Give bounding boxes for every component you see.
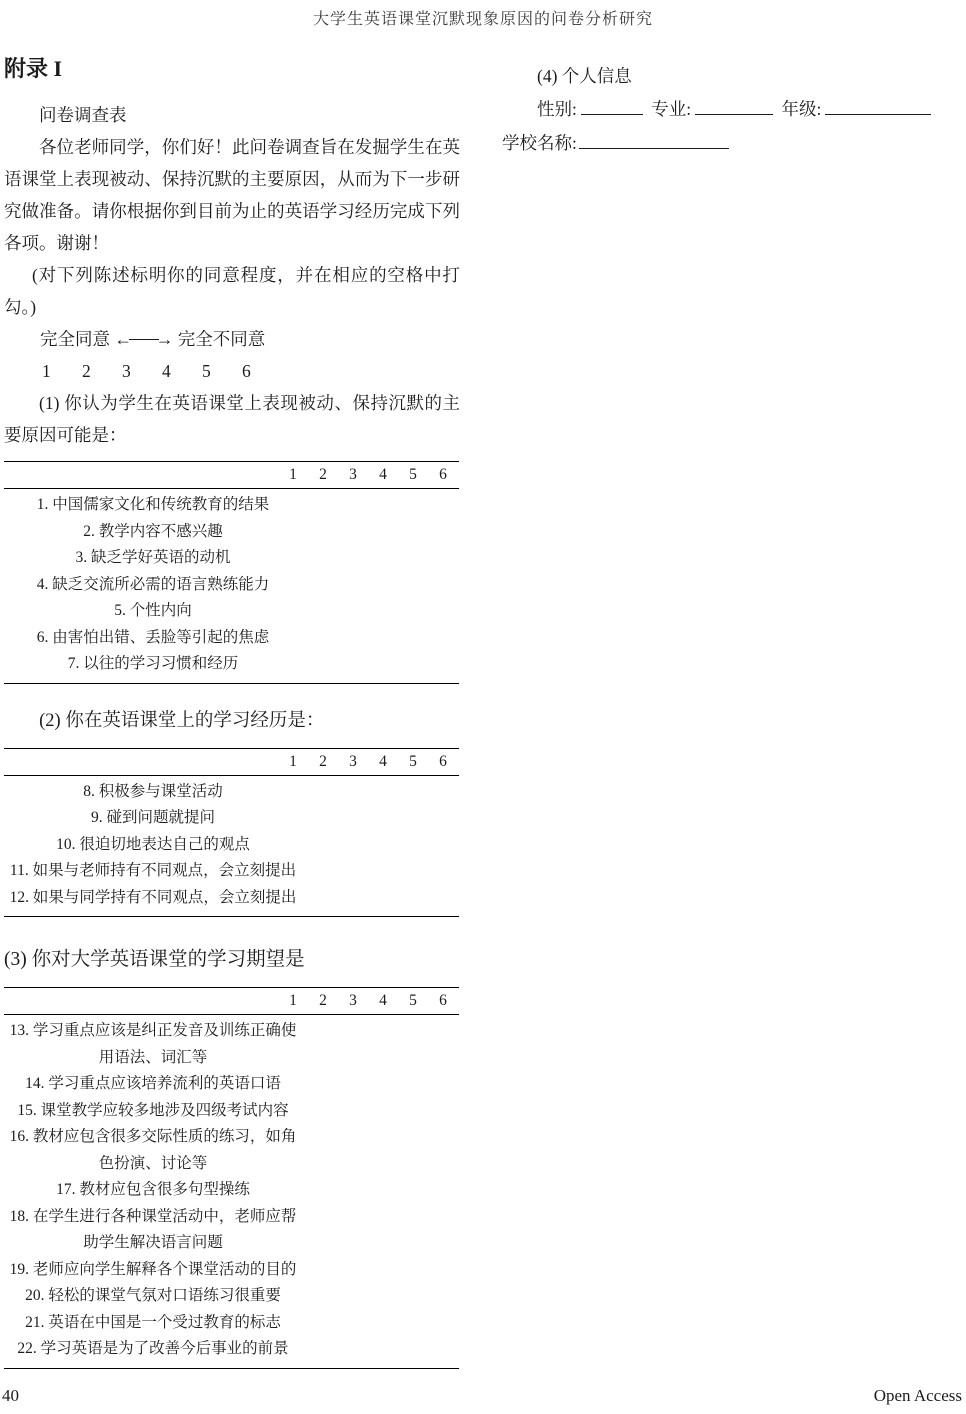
questionnaire-item: 12. 如果与同学持有不同观点，会立刻提出 [4, 885, 302, 912]
scale-number-1: 1 [42, 355, 82, 387]
column-header: 3 [338, 753, 368, 771]
grade-blank-field [825, 100, 931, 115]
two-column-layout: 附录 I 问卷调查表 各位老师同学，你们好！此问卷调查旨在发掘学生在英语课堂上表… [4, 50, 962, 1369]
questionnaire-item: 18. 在学生进行各种课堂活动中，老师应帮助学生解决语言问题 [4, 1204, 302, 1257]
gender-blank-field [581, 100, 643, 115]
column-header: 5 [398, 466, 428, 484]
section-2-heading: (2) 你在英语课堂上的学习经历是： [4, 706, 460, 736]
column-header: 1 [278, 992, 308, 1010]
table-body: 8. 积极参与课堂活动 9. 碰到问题就提问 10. 很迫切地表达自己的观点 1… [4, 776, 459, 917]
questionnaire-item: 5. 个性内向 [4, 598, 302, 625]
questionnaire-item: 7. 以往的学习习惯和经历 [4, 651, 302, 678]
running-head-title: 大学生英语课堂沉默现象原因的问卷分析研究 [0, 6, 966, 29]
questionnaire-item: 1. 中国儒家文化和传统教育的结果 [4, 492, 302, 519]
right-column: (4) 个人信息 性别: 专业: 年级: 学校名称: [488, 50, 960, 1369]
scale-number-3: 3 [122, 355, 162, 387]
agreement-table-1: 123456 1. 中国儒家文化和传统教育的结果 2. 教学内容不感兴趣 3. … [4, 461, 459, 684]
questionnaire-item: 16. 教材应包含很多交际性质的练习，如角色扮演、讨论等 [4, 1124, 302, 1177]
personal-info-line-1: 性别: 专业: 年级: [502, 92, 960, 126]
right-arrow-icon: → [156, 329, 174, 349]
column-header: 5 [398, 753, 428, 771]
questionnaire-subtitle: 问卷调查表 [4, 99, 460, 131]
school-name-label: 学校名称: [502, 133, 577, 153]
scale-agree-label: 完全同意 [40, 329, 110, 349]
questionnaire-item: 21. 英语在中国是一个受过教育的标志 [4, 1310, 302, 1337]
column-header: 3 [338, 992, 368, 1010]
major-blank-field [695, 100, 773, 115]
column-header: 5 [398, 992, 428, 1010]
scale-number-6: 6 [242, 355, 282, 387]
questionnaire-item: 4. 缺乏交流所必需的语言熟练能力 [4, 572, 302, 599]
questionnaire-item: 3. 缺乏学好英语的动机 [4, 545, 302, 572]
questionnaire-item: 9. 碰到问题就提问 [4, 805, 302, 832]
intro-paragraph: 各位老师同学，你们好！此问卷调查旨在发掘学生在英语课堂上表现被动、保持沉默的主要… [4, 131, 460, 259]
page-number: 40 [2, 1386, 19, 1406]
appendix-title: 附录 I [4, 52, 460, 83]
scale-header-row: 123456 [4, 749, 459, 776]
scale-number-5: 5 [202, 355, 242, 387]
section-3-heading: (3) 你对大学英语课堂的学习期望是 [4, 945, 460, 975]
questionnaire-item: 10. 很迫切地表达自己的观点 [4, 832, 302, 859]
column-header: 2 [308, 992, 338, 1010]
scale-header-row: 123456 [4, 462, 459, 489]
section-4-heading: (4) 个人信息 [502, 60, 960, 92]
questionnaire-item: 8. 积极参与课堂活动 [4, 779, 302, 806]
column-header: 3 [338, 466, 368, 484]
scale-number-2: 2 [82, 355, 122, 387]
questionnaire-item: 13. 学习重点应该是纠正发音及训练正确使用语法、词汇等 [4, 1018, 302, 1071]
column-header: 2 [308, 753, 338, 771]
questionnaire-item: 11. 如果与老师持有不同观点，会立刻提出 [4, 858, 302, 885]
scale-disagree-label: 完全不同意 [178, 329, 266, 349]
open-access-label: Open Access [874, 1386, 962, 1406]
left-column: 附录 I 问卷调查表 各位老师同学，你们好！此问卷调查旨在发掘学生在英语课堂上表… [4, 50, 460, 1369]
column-header: 6 [428, 466, 458, 484]
scale-number-4: 4 [162, 355, 202, 387]
column-header: 1 [278, 753, 308, 771]
questionnaire-item: 15. 课堂教学应较多地涉及四级考试内容 [4, 1098, 302, 1125]
column-header: 4 [368, 992, 398, 1010]
personal-info-line-2: 学校名称: [502, 126, 960, 160]
grade-label: 年级: [782, 99, 822, 119]
gender-label: 性别: [537, 99, 577, 119]
column-header: 4 [368, 753, 398, 771]
column-header: 2 [308, 466, 338, 484]
questionnaire-item: 22. 学习英语是为了改善今后事业的前景 [4, 1336, 302, 1363]
questionnaire-item: 14. 学习重点应该培养流利的英语口语 [4, 1071, 302, 1098]
column-header: 1 [278, 466, 308, 484]
scale-legend: 完全同意 ←→ 完全不同意 [4, 323, 460, 355]
agreement-table-3: 123456 13. 学习重点应该是纠正发音及训练正确使用语法、词汇等 14. … [4, 987, 459, 1369]
questionnaire-item: 2. 教学内容不感兴趣 [4, 519, 302, 546]
school-name-blank-field [579, 134, 729, 149]
section-1-heading: (1) 你认为学生在英语课堂上表现被动、保持沉默的主要原因可能是： [4, 387, 460, 451]
questionnaire-item: 19. 老师应向学生解释各个课堂活动的目的 [4, 1257, 302, 1284]
column-header: 6 [428, 753, 458, 771]
scale-numbers-row: 123456 [4, 355, 460, 387]
column-header: 4 [368, 466, 398, 484]
agreement-table-2: 123456 8. 积极参与课堂活动 9. 碰到问题就提问 10. 很迫切地表达… [4, 748, 459, 918]
questionnaire-item: 17. 教材应包含很多句型操练 [4, 1177, 302, 1204]
scale-header-row: 123456 [4, 988, 459, 1015]
arrow-shaft-line [129, 339, 159, 340]
table-body: 1. 中国儒家文化和传统教育的结果 2. 教学内容不感兴趣 3. 缺乏学好英语的… [4, 489, 459, 683]
instruction-paragraph: (对下列陈述标明你的同意程度，并在相应的空格中打勾。) [4, 259, 460, 323]
column-header: 6 [428, 992, 458, 1010]
questionnaire-item: 20. 轻松的课堂气氛对口语练习很重要 [4, 1283, 302, 1310]
questionnaire-item: 6. 由害怕出错、丢脸等引起的焦虑 [4, 625, 302, 652]
table-body: 13. 学习重点应该是纠正发音及训练正确使用语法、词汇等 14. 学习重点应该培… [4, 1015, 459, 1368]
major-label: 专业: [651, 99, 691, 119]
